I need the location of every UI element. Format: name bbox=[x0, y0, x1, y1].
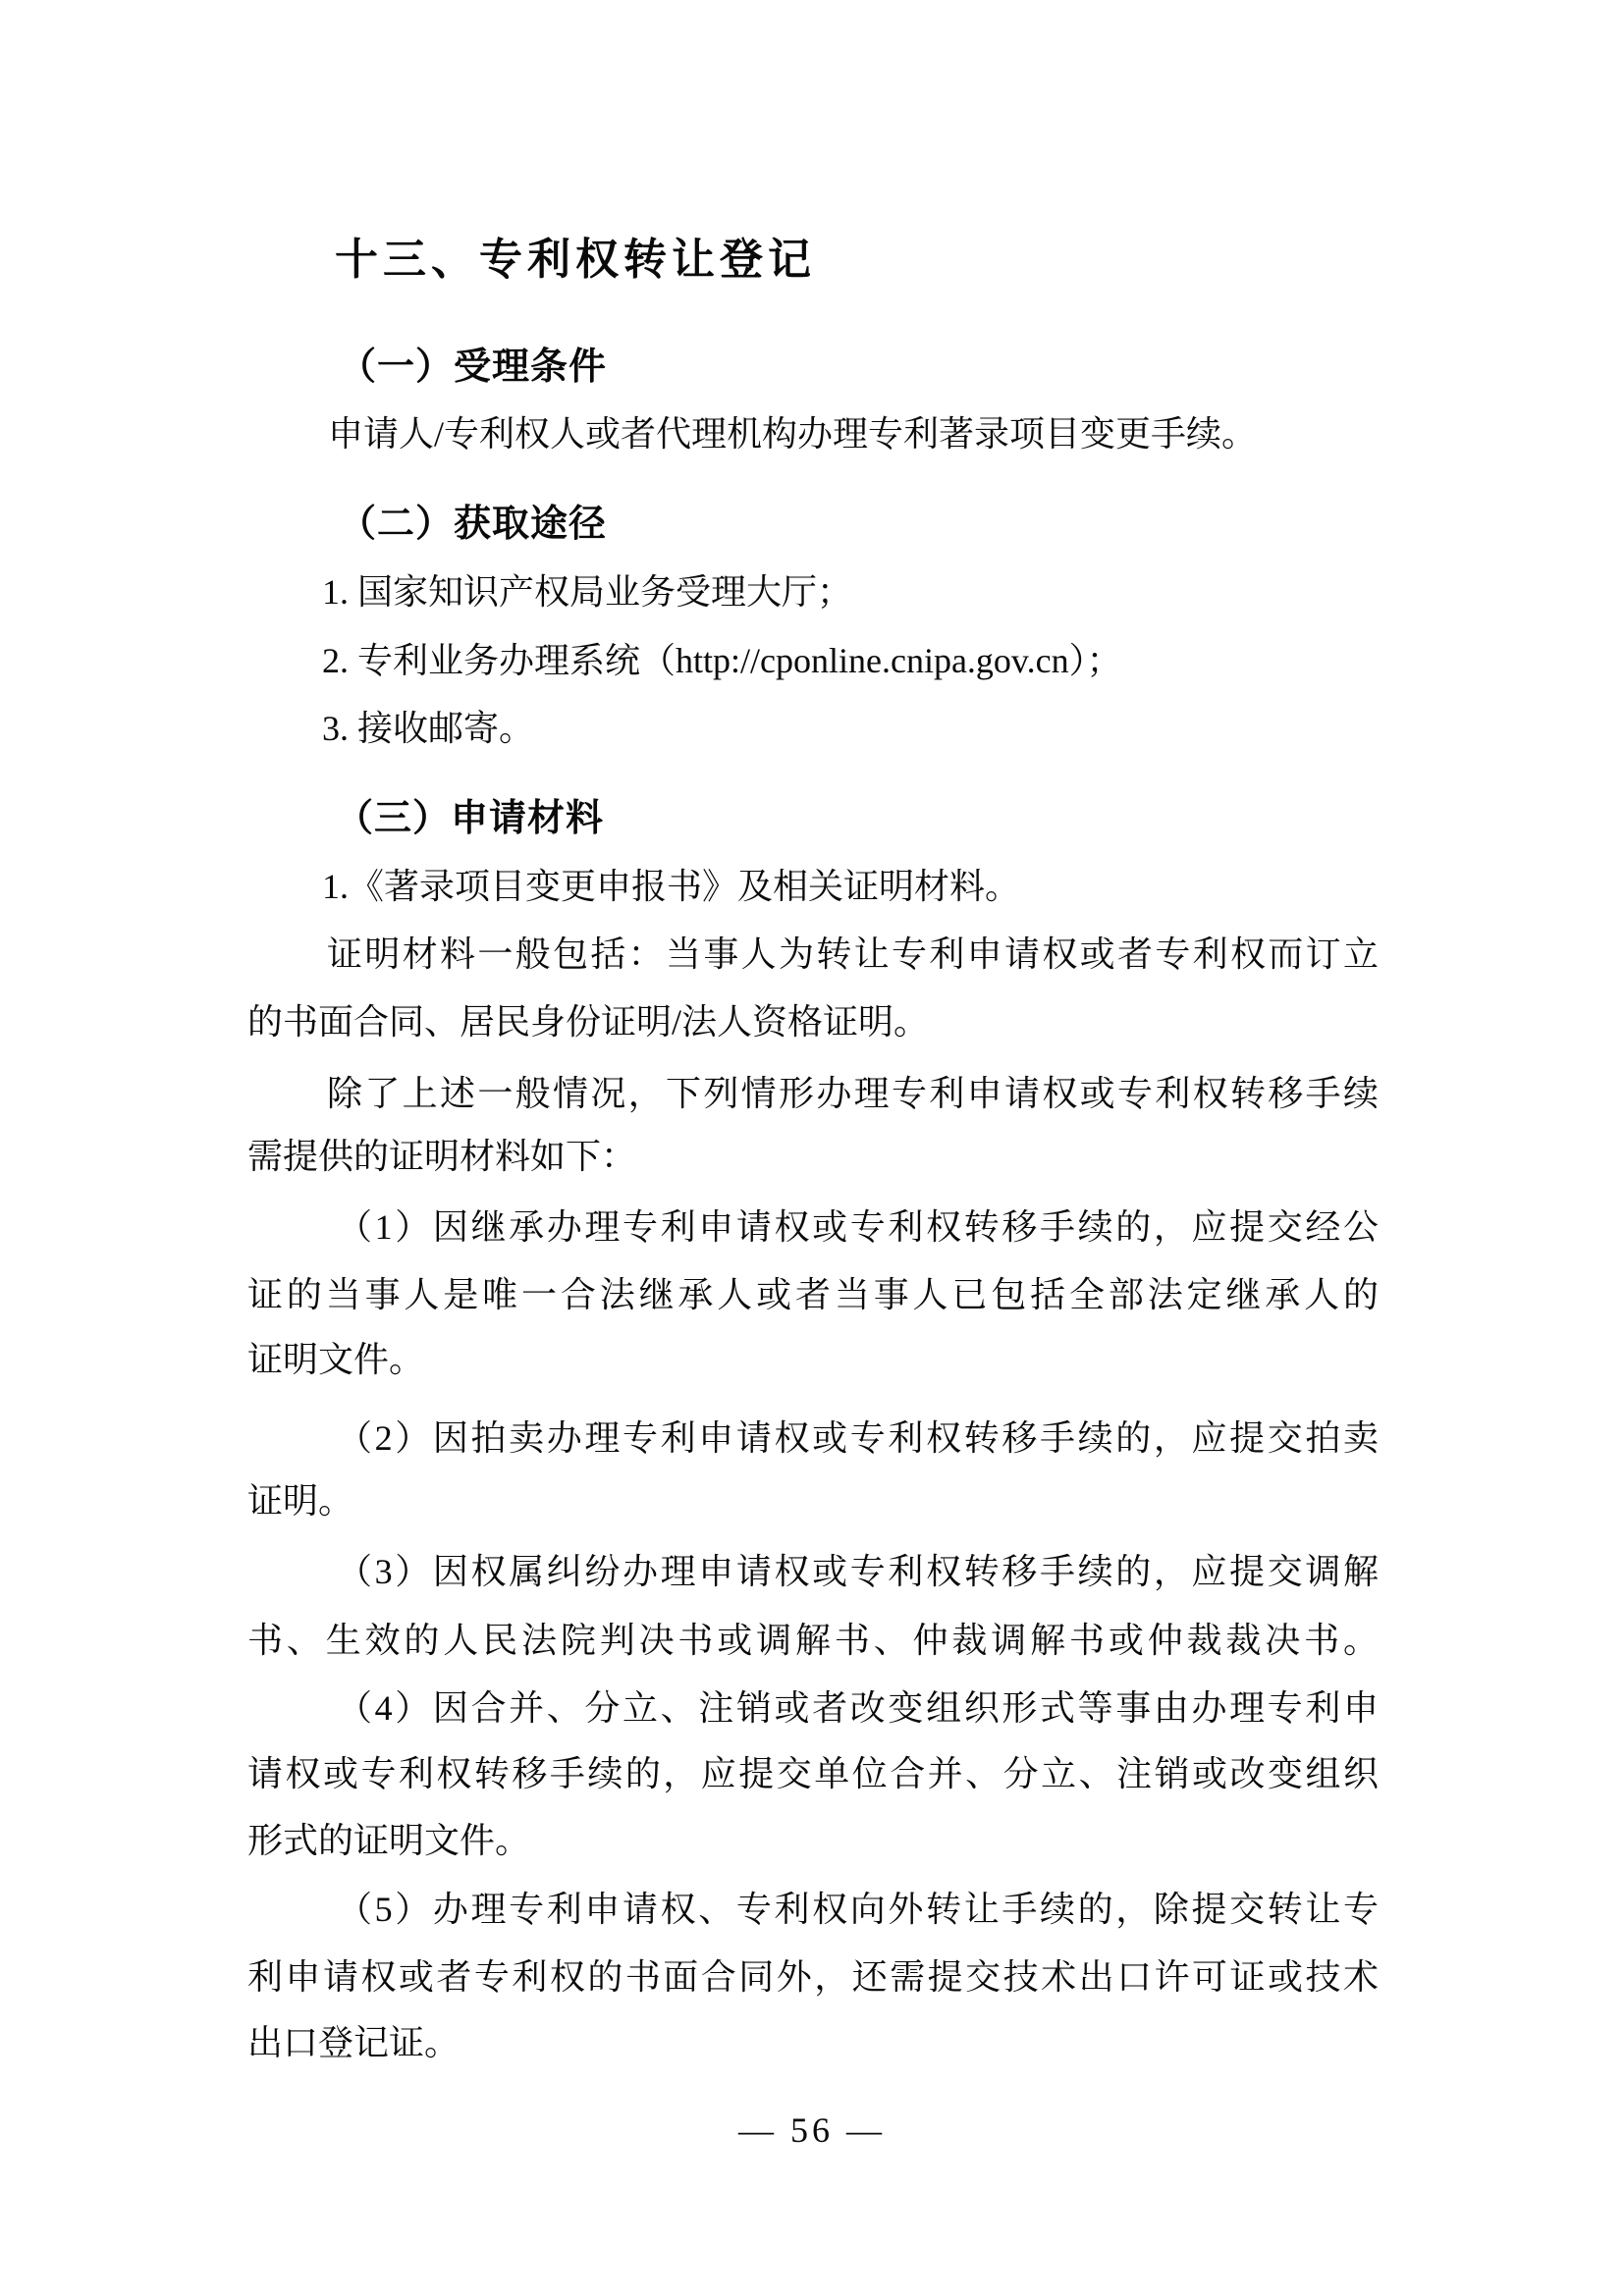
case-2-auction-line-2: 证明。 bbox=[247, 1473, 353, 1528]
section-heading-application-materials: （三）申请材料 bbox=[336, 790, 604, 845]
case-1-inheritance-line-2: 证的当事人是唯一合法继承人或者当事人已包括全部法定继承人的 bbox=[247, 1267, 1379, 1322]
list-item-channel-1: 1. 国家知识产权局业务受理大厅； bbox=[322, 564, 852, 619]
case-3-dispute-line-2: 书、生效的人民法院判决书或调解书、仲裁调解书或仲裁裁决书。 bbox=[247, 1613, 1379, 1668]
list-item-channel-2-url: 2. 专利业务办理系统（http://cponline.cnipa.gov.cn… bbox=[322, 633, 1122, 688]
case-5-foreign-transfer-line-1: （5）办理专利申请权、专利权向外转让手续的，除提交转让专 bbox=[337, 1882, 1379, 1937]
section-heading-access-channels: （二）获取途径 bbox=[339, 496, 607, 551]
list-item-channel-3: 3. 接收邮寄。 bbox=[322, 701, 534, 756]
case-2-auction-line-1: （2）因拍卖办理专利申请权或专利权转移手续的，应提交拍卖 bbox=[337, 1411, 1379, 1466]
paragraph-acceptance-conditions: 申请人/专利权人或者代理机构办理专利著录项目变更手续。 bbox=[328, 406, 1257, 461]
case-1-inheritance-line-3: 证明文件。 bbox=[247, 1332, 424, 1387]
document-page: 十三、专利权转让登记 （一）受理条件 申请人/专利权人或者代理机构办理专利著录项… bbox=[0, 0, 1624, 2296]
paragraph-special-cases-line-2: 需提供的证明材料如下： bbox=[247, 1129, 636, 1184]
paragraph-proof-materials-line-1: 证明材料一般包括：当事人为转让专利申请权或者专利权而订立 bbox=[327, 927, 1379, 982]
page-title: 十三、专利权转让登记 bbox=[335, 233, 816, 288]
case-5-foreign-transfer-line-2: 利申请权或者专利权的书面合同外，还需提交技术出口许可证或技术 bbox=[247, 1949, 1379, 2004]
case-1-inheritance-line-1: （1）因继承办理专利申请权或专利权转移手续的，应提交经公 bbox=[337, 1200, 1379, 1255]
case-4-merger-line-2: 请权或专利权转移手续的，应提交单位合并、分立、注销或改变组织 bbox=[247, 1746, 1379, 1801]
case-3-dispute-line-1: （3）因权属纠纷办理申请权或专利权转移手续的，应提交调解 bbox=[337, 1544, 1379, 1599]
paragraph-proof-materials-line-2: 的书面合同、居民身份证明/法人资格证明。 bbox=[247, 994, 929, 1049]
case-4-merger-line-1: （4）因合并、分立、注销或者改变组织形式等事由办理专利申 bbox=[337, 1681, 1379, 1735]
case-5-foreign-transfer-line-3: 出口登记证。 bbox=[247, 2015, 460, 2070]
materials-item-1: 1.《著录项目变更申报书》及相关证明材料。 bbox=[322, 859, 1020, 914]
page-number-footer: — 56 — bbox=[0, 2103, 1624, 2158]
section-heading-acceptance-conditions: （一）受理条件 bbox=[339, 339, 607, 394]
case-4-merger-line-3: 形式的证明文件。 bbox=[247, 1813, 530, 1868]
paragraph-special-cases-line-1: 除了上述一般情况，下列情形办理专利申请权或专利权转移手续 bbox=[327, 1066, 1379, 1121]
